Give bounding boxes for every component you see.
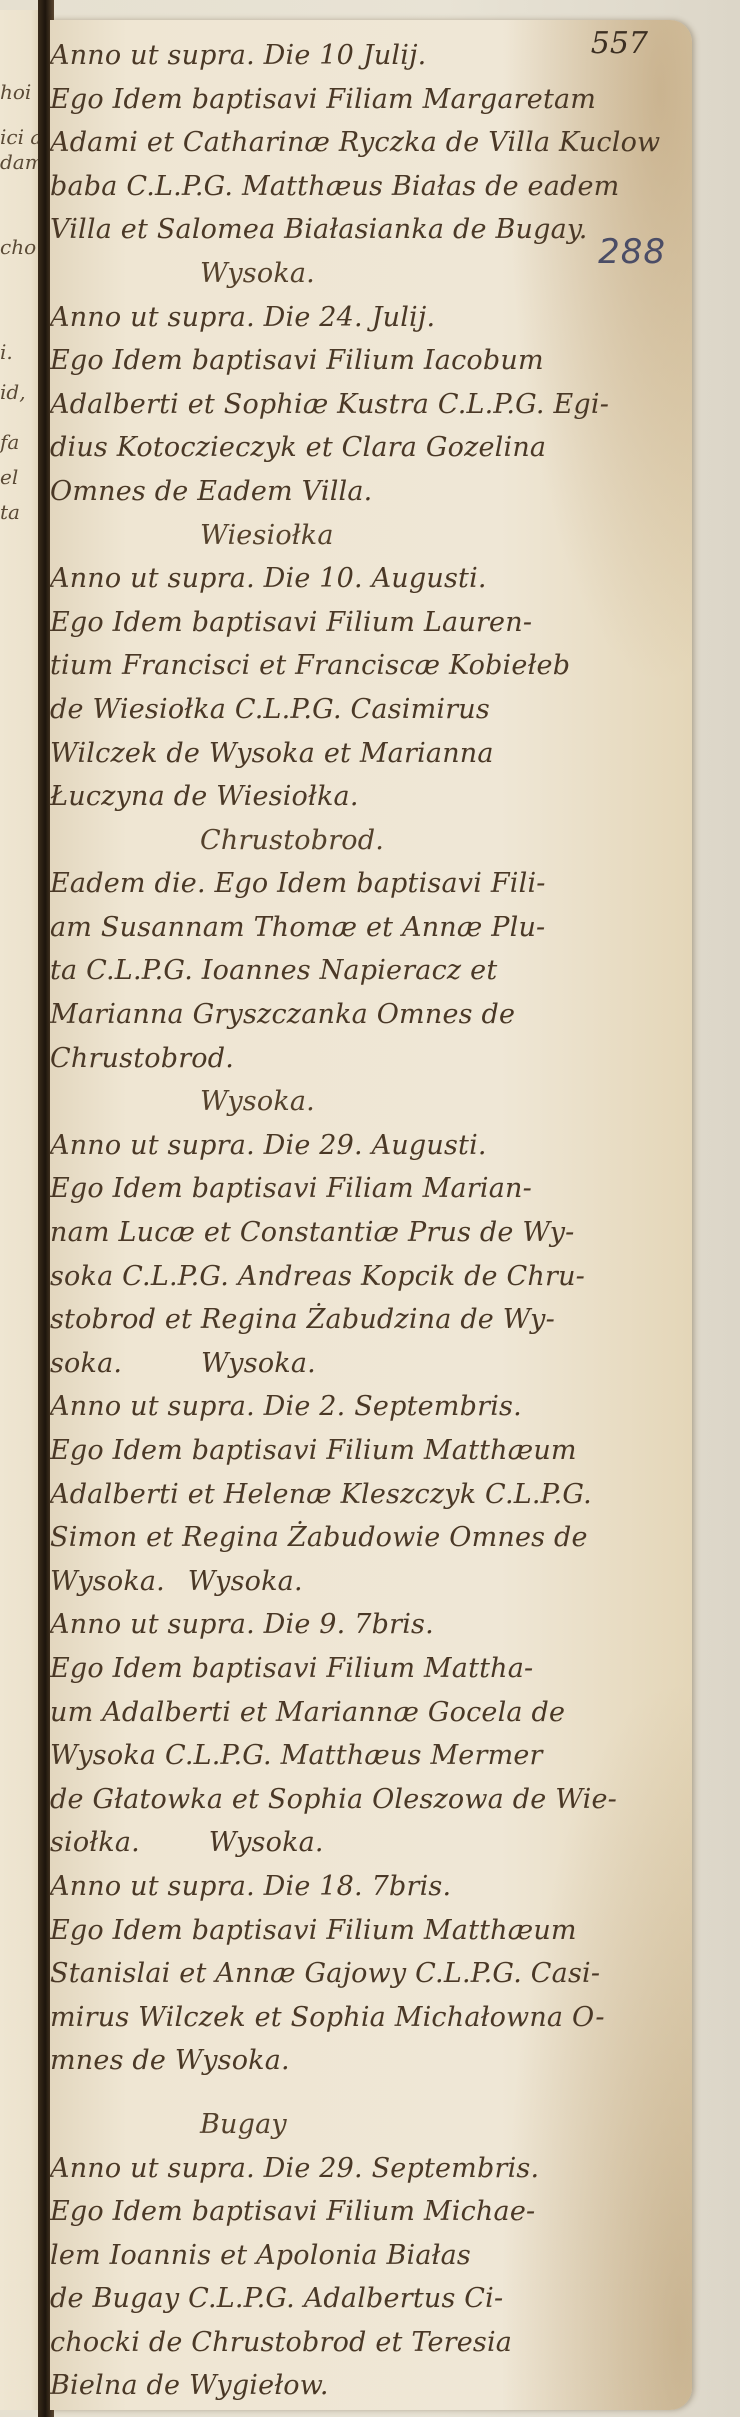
baptism-entry: Anno ut supra. Die 18. 7bris. Ego Idem b… xyxy=(50,1865,682,2083)
entry-line: Marianna Gryszczanka Omnes de xyxy=(50,993,682,1037)
entry-line: Adalberti et Sophiæ Kustra C.L.P.G. Egi- xyxy=(50,383,682,427)
village-heading: Wysoka. xyxy=(50,1080,682,1124)
entry-line: Wilczek de Wysoka et Marianna xyxy=(50,732,682,776)
entry-line: Anno ut supra. Die 10 Julij. xyxy=(50,34,682,78)
entry-line: Stanislai et Annæ Gajowy C.L.P.G. Casi- xyxy=(50,1952,682,1996)
entry-line: mirus Wilczek et Sophia Michałowna O- xyxy=(50,1996,682,2040)
entry-line: Eadem die. Ego Idem baptisavi Fili- xyxy=(50,862,682,906)
entry-line: Wysoka. Wysoka. xyxy=(50,1560,682,1604)
entry-line: Adalberti et Helenæ Kleszczyk C.L.P.G. xyxy=(50,1473,682,1517)
entry-line: nam Lucæ et Constantiæ Prus de Wy- xyxy=(50,1211,682,1255)
village-heading: Wiesiołka xyxy=(50,514,682,558)
entry-line: Adami et Catharinæ Ryczka de Villa Kuclo… xyxy=(50,121,682,165)
entry-line: chocki de Chrustobrod et Teresia xyxy=(50,2321,682,2365)
baptism-entry: Wiesiołka Anno ut supra. Die 10. Augusti… xyxy=(50,514,682,819)
village-heading: Wysoka. xyxy=(131,1348,316,1379)
village-heading: Wysoka. xyxy=(174,1566,303,1597)
register-page: 557 288 Anno ut supra. Die 10 Julij. Ego… xyxy=(50,20,692,2410)
baptism-entry: Anno ut supra. Die 9. 7bris. Ego Idem ba… xyxy=(50,1603,682,1865)
entry-line: Villa et Salomea Białasianka de Bugay. xyxy=(50,208,682,252)
entry-line-text: siołka. xyxy=(50,1827,140,1858)
entry-line: Anno ut supra. Die 2. Septembris. xyxy=(50,1385,682,1429)
baptism-entries: Anno ut supra. Die 10 Julij. Ego Idem ba… xyxy=(50,34,682,2408)
entry-line: Ego Idem baptisavi Filium Michae- xyxy=(50,2190,682,2234)
entry-line: Anno ut supra. Die 18. 7bris. xyxy=(50,1865,682,1909)
entry-line: Ego Idem baptisavi Filiam Marian- xyxy=(50,1167,682,1211)
entry-line: de Głatowka et Sophia Oleszowa de Wie- xyxy=(50,1778,682,1822)
entry-line: Simon et Regina Żabudowie Omnes de xyxy=(50,1516,682,1560)
baptism-entry: Bugay Anno ut supra. Die 29. Septembris.… xyxy=(50,2103,682,2408)
entry-line: Ego Idem baptisavi Filiam Margaretam xyxy=(50,78,682,122)
entry-line: stobrod et Regina Żabudzina de Wy- xyxy=(50,1298,682,1342)
entry-line: Wysoka C.L.P.G. Matthæus Mermer xyxy=(50,1734,682,1778)
entry-line: mnes de Wysoka. xyxy=(50,2039,682,2083)
entry-line: de Wiesiołka C.L.P.G. Casimirus xyxy=(50,688,682,732)
baptism-entry: Wysoka. Anno ut supra. Die 29. Augusti. … xyxy=(50,1080,682,1385)
baptism-entry: Wysoka. Anno ut supra. Die 24. Julij. Eg… xyxy=(50,252,682,514)
entry-line: am Susannam Thomæ et Annæ Plu- xyxy=(50,906,682,950)
entry-line: dius Kotoczieczyk et Clara Gozelina xyxy=(50,426,682,470)
entry-line: Łuczyna de Wiesiołka. xyxy=(50,775,682,819)
entry-line: de Bugay C.L.P.G. Adalbertus Ci- xyxy=(50,2277,682,2321)
entry-line-text: Wysoka. xyxy=(50,1566,165,1597)
village-heading: Wysoka. xyxy=(50,252,682,296)
entry-line: Ego Idem baptisavi Filium Lauren- xyxy=(50,601,682,645)
entry-line: Anno ut supra. Die 10. Augusti. xyxy=(50,557,682,601)
baptism-entry: Anno ut supra. Die 10 Julij. Ego Idem ba… xyxy=(50,34,682,252)
entry-line: Omnes de Eadem Villa. xyxy=(50,470,682,514)
entry-line: um Adalberti et Mariannæ Gocela de xyxy=(50,1691,682,1735)
entry-line: lem Ioannis et Apolonia Białas xyxy=(50,2234,682,2278)
entry-line: Bielna de Wygiełow. xyxy=(50,2364,682,2408)
village-heading: Wysoka. xyxy=(149,1827,324,1858)
village-heading: Chrustobrod. xyxy=(50,819,682,863)
entry-line: soka. Wysoka. xyxy=(50,1342,682,1386)
entry-line: Chrustobrod. xyxy=(50,1037,682,1081)
entry-line: baba C.L.P.G. Matthæus Białas de eadem xyxy=(50,165,682,209)
entry-line: Anno ut supra. Die 9. 7bris. xyxy=(50,1603,682,1647)
entry-line: Anno ut supra. Die 24. Julij. xyxy=(50,296,682,340)
baptism-entry: Chrustobrod. Eadem die. Ego Idem baptisa… xyxy=(50,819,682,1081)
village-heading: Bugay xyxy=(50,2103,682,2147)
entry-line: Ego Idem baptisavi Filium Matthæum xyxy=(50,1429,682,1473)
entry-line: Ego Idem baptisavi Filium Matthæum xyxy=(50,1909,682,1953)
entry-line: siołka. Wysoka. xyxy=(50,1821,682,1865)
entry-line: ta C.L.P.G. Ioannes Napieracz et xyxy=(50,949,682,993)
entry-line: Anno ut supra. Die 29. Augusti. xyxy=(50,1124,682,1168)
entry-line: Ego Idem baptisavi Filium Iacobum xyxy=(50,339,682,383)
entry-line: tium Francisci et Franciscæ Kobiełeb xyxy=(50,644,682,688)
baptism-entry: Anno ut supra. Die 2. Septembris. Ego Id… xyxy=(50,1385,682,1603)
entry-line-text: soka. xyxy=(50,1348,122,1379)
entry-line: Anno ut supra. Die 29. Septembris. xyxy=(50,2147,682,2191)
entry-line: soka C.L.P.G. Andreas Kopcik de Chru- xyxy=(50,1255,682,1299)
entry-line: Ego Idem baptisavi Filium Mattha- xyxy=(50,1647,682,1691)
